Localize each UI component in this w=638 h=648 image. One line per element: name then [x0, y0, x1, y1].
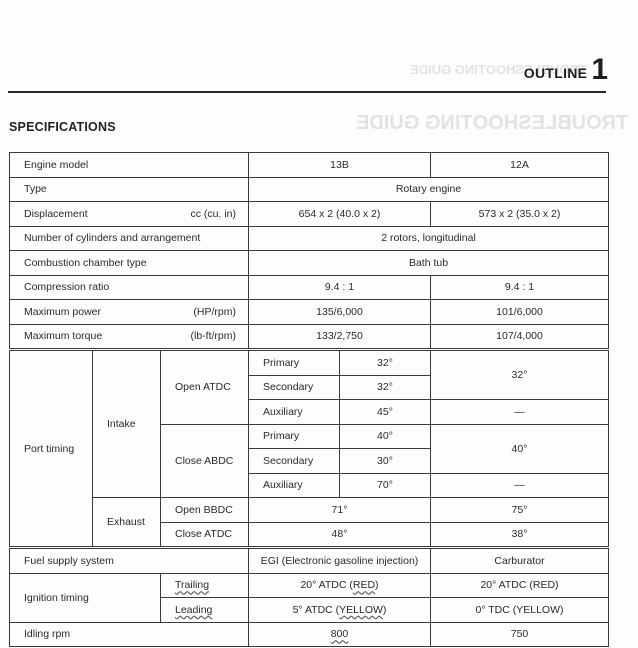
label-cylinders: Number of cylinders and arrangement [10, 226, 249, 251]
table-row: Displacementcc (cu. in) 654 x 2 (40.0 x … [10, 202, 609, 227]
unit-displacement: cc (cu. in) [190, 208, 236, 220]
value-open-12a: 32° [431, 351, 609, 400]
section-header: OUTLINE 1 [524, 56, 608, 84]
section-number: 1 [591, 56, 608, 84]
value-idling-12a: 750 [431, 622, 609, 647]
bleed-through-heading: TROUBLESHOOTING GUIDE [356, 112, 628, 135]
port-secondary: Secondary [249, 449, 340, 474]
table-row: Ignition timing Trailing 20° ATDC (RED) … [10, 573, 609, 598]
value-open-auxiliary-12a: — [431, 400, 609, 425]
label-intake: Intake [93, 351, 161, 498]
label-ignition: Ignition timing [10, 573, 161, 622]
label-trailing: Trailing [161, 573, 249, 598]
table-row: Maximum torque(lb-ft/rpm) 133/2,750 107/… [10, 324, 609, 349]
header-rule [8, 91, 606, 93]
value-open-auxiliary-13b: 45° [340, 400, 431, 425]
table-row: Maximum power(HP/rpm) 135/6,000 101/6,00… [10, 300, 609, 325]
value-cylinders: 2 rotors, longitudinal [249, 226, 609, 251]
label-port-timing: Port timing [10, 351, 93, 547]
label-idling: Idling rpm [10, 622, 249, 647]
value-displacement-13b: 654 x 2 (40.0 x 2) [249, 202, 431, 227]
label-open-atdc: Open ATDC [161, 351, 249, 425]
fuel-ignition-table: Fuel supply system EGI (Electronic gasol… [9, 548, 609, 647]
value-leading-12a: 0° TDC (YELLOW) [431, 598, 609, 623]
value-close-auxiliary-13b: 70° [340, 473, 431, 498]
label-engine-model: Engine model [10, 153, 249, 178]
value-trailing-12a: 20° ATDC (RED) [431, 573, 609, 598]
value-torque-12a: 107/4,000 [431, 324, 609, 349]
port-primary: Primary [249, 424, 340, 449]
label-fuel: Fuel supply system [10, 549, 249, 574]
section-word: OUTLINE [524, 65, 588, 81]
value-exhaust-open-13b: 71° [249, 498, 431, 523]
table-row: Number of cylinders and arrangement 2 ro… [10, 226, 609, 251]
table-row: Combustion chamber type Bath tub [10, 251, 609, 276]
value-compression-12a: 9.4 : 1 [431, 275, 609, 300]
table-row: Fuel supply system EGI (Electronic gasol… [10, 549, 609, 574]
specifications-table-body: Engine model 13B 12A Type Rotary engine … [9, 152, 609, 349]
value-close-12a: 40° [431, 424, 609, 473]
label-power: Maximum power(HP/rpm) [10, 300, 249, 325]
value-close-secondary-13b: 30° [340, 449, 431, 474]
value-power-13b: 135/6,000 [249, 300, 431, 325]
value-fuel-13b: EGI (Electronic gasoline injection) [249, 549, 431, 574]
unit-power: (HP/rpm) [193, 306, 236, 318]
port-secondary: Secondary [249, 375, 340, 400]
table-row: Engine model 13B 12A [10, 153, 609, 178]
value-fuel-12a: Carburator [431, 549, 609, 574]
value-close-primary-13b: 40° [340, 424, 431, 449]
port-timing-table: Port timing Intake Open ATDC Primary 32°… [9, 350, 609, 547]
label-compression: Compression ratio [10, 275, 249, 300]
value-displacement-12a: 573 x 2 (35.0 x 2) [431, 202, 609, 227]
col-13b-header: 13B [249, 153, 431, 178]
label-torque: Maximum torque(lb-ft/rpm) [10, 324, 249, 349]
label-displacement: Displacementcc (cu. in) [10, 202, 249, 227]
page-title: SPECIFICATIONS [9, 120, 116, 134]
label-type: Type [10, 177, 249, 202]
value-type: Rotary engine [249, 177, 609, 202]
value-exhaust-close-13b: 48° [249, 522, 431, 547]
port-auxiliary: Auxiliary [249, 400, 340, 425]
table-row: Compression ratio 9.4 : 1 9.4 : 1 [10, 275, 609, 300]
value-open-secondary-13b: 32° [340, 375, 431, 400]
label-close-abdc: Close ABDC [161, 424, 249, 498]
value-trailing-13b: 20° ATDC (RED) [249, 573, 431, 598]
value-compression-13b: 9.4 : 1 [249, 275, 431, 300]
port-primary: Primary [249, 351, 340, 376]
value-power-12a: 101/6,000 [431, 300, 609, 325]
col-12a-header: 12A [431, 153, 609, 178]
value-leading-13b: 5° ATDC (YELLOW) [249, 598, 431, 623]
table-row: Type Rotary engine [10, 177, 609, 202]
value-combustion: Bath tub [249, 251, 609, 276]
table-row: Exhaust Open BBDC 71° 75° [10, 498, 609, 523]
value-open-primary-13b: 32° [340, 351, 431, 376]
unit-torque: (lb-ft/rpm) [191, 330, 237, 342]
label-close-atdc: Close ATDC [161, 522, 249, 547]
label-leading: Leading [161, 598, 249, 623]
label-exhaust: Exhaust [93, 498, 161, 547]
table-row: Idling rpm 800 750 [10, 622, 609, 647]
value-torque-13b: 133/2,750 [249, 324, 431, 349]
port-auxiliary: Auxiliary [249, 473, 340, 498]
value-exhaust-close-12a: 38° [431, 522, 609, 547]
value-exhaust-open-12a: 75° [431, 498, 609, 523]
value-close-auxiliary-12a: — [431, 473, 609, 498]
label-open-bbdc: Open BBDC [161, 498, 249, 523]
table-row: Port timing Intake Open ATDC Primary 32°… [10, 351, 609, 376]
value-idling-13b: 800 [249, 622, 431, 647]
label-combustion: Combustion chamber type [10, 251, 249, 276]
